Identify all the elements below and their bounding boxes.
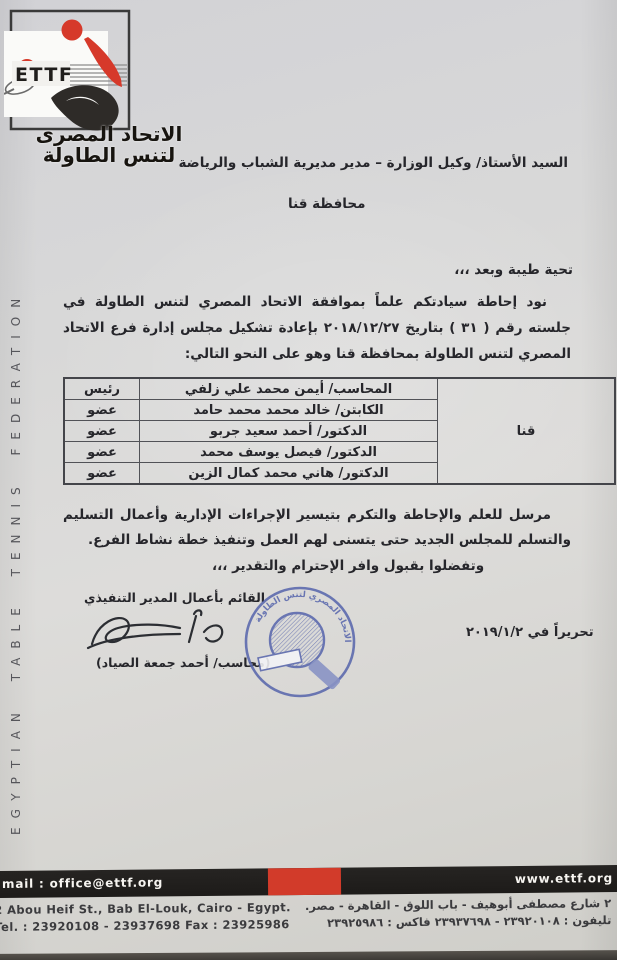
member-role: رئيس [64,378,140,400]
phone-en-line: Tel. : 23920108 - 23937698 Fax : 2392598… [0,916,291,936]
phone-ar-line: تليفون : ٢٣٩٢٠١٠٨ - ٢٣٩٣٧٦٩٨ فاكس : ٢٣٩٢… [305,912,611,932]
scan-edge-strip [0,950,617,960]
member-name: الدكتور/ فيصل يوسف محمد [140,442,438,463]
official-stamp-icon: الاتحاد المصري لتنس الطاولة [240,582,360,702]
footer-address-english: 2 Abou Heif St., Bab El-Louk, Cairo - Eg… [0,899,291,936]
member-role: عضو [64,400,140,421]
body-paragraph: نود إحاطة سيادتكم علماً بموافقة الاتحاد … [63,289,571,367]
footer-email: mail : office@ettf.org [2,869,163,898]
member-name: الكابتن/ خالد محمد محمد حامد [140,400,438,421]
member-name: الدكتور/ هاني محمد كمال الزين [140,463,438,485]
player-head-icon [62,20,83,41]
recipient-governorate: محافظة قنا [288,196,365,212]
footer-red-block [268,868,341,896]
member-role: عضو [64,421,140,442]
recipient-line: السيد الأستاذ/ وكيل الوزارة – مدير مديري… [178,155,568,171]
dispatch-paragraph: مرسل للعلم والإحاطة والتكرم بتيسير الإجر… [63,503,571,553]
footer-address-arabic: ٢ شارع مصطفى أبوهيف - باب اللوق - القاهر… [305,895,612,932]
member-name: الدكتور/ أحمد سعيد جربو [140,421,438,442]
closing-salutation: وتفضلوا بقبول وافر الإحترام والتقدير ،،، [212,558,484,574]
salutation: تحية طيبة وبعد ،،، [454,262,573,278]
signature-title: القائم بأعمال المدير التنفيذي [84,590,265,605]
footer-bar: mail : office@ettf.org www.ettf.org [0,865,617,898]
member-name: المحاسب/ أيمن محمد علي زلفي [140,378,438,400]
member-role: عضو [64,442,140,463]
scanned-letter-page: { "letterhead": { "org_acronym": "ETTF",… [0,0,617,960]
table-row: قنا المحاسب/ أيمن محمد علي زلفي رئيس [64,378,615,400]
org-name-arabic: الاتحاد المصرى لتنس الطاولة [14,124,204,166]
board-members-table: قنا المحاسب/ أيمن محمد علي زلفي رئيس الك… [63,377,616,485]
footer: mail : office@ettf.org www.ettf.org 2 Ab… [0,865,617,898]
member-role: عضو [64,463,140,485]
side-vertical-text: EGYPTIAN TABLE TENNIS FEDERATION [9,213,27,835]
ettf-logo: ETTF الاتحاد المصرى لتنس الطاولة [4,4,204,184]
ettf-acronym-text: ETTF [15,64,73,86]
footer-website: www.ettf.org [515,865,613,893]
date-line: تحريراً في ٢٠١٩/١/٢ [466,625,594,640]
signature-scribble-icon [84,604,234,659]
governorate-cell: قنا [438,378,616,484]
